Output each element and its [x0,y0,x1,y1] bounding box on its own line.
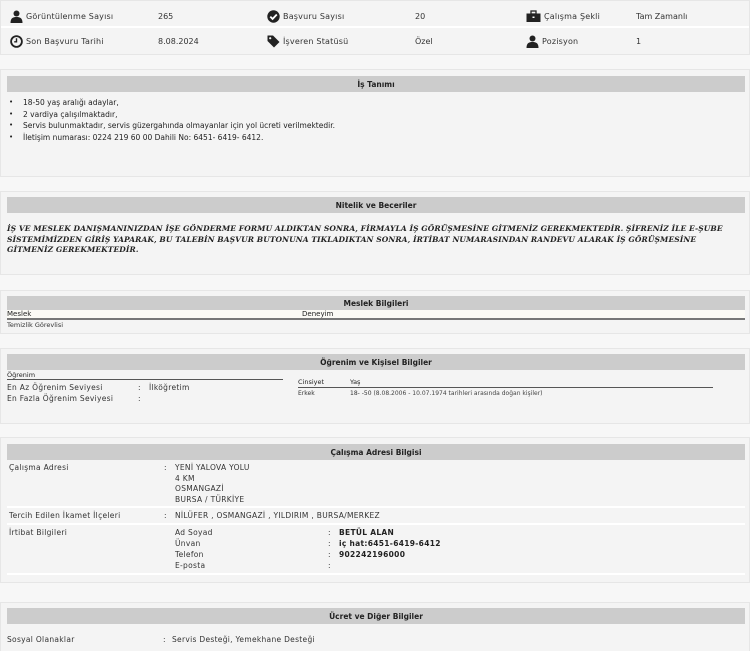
stats-row-1: Görüntülenme Sayısı 265 Başvuru Sayısı 2… [1,4,749,28]
stats-row-2: Son Başvuru Tarihi 8.08.2024 İşveren Sta… [1,29,749,53]
list-item: 2 vardiya çalışılmaktadır, [9,109,335,121]
section-header: Ücret ve Diğer Bilgiler [7,608,745,624]
views-value: 265 [158,4,173,28]
separator: : [164,463,167,472]
age-note: (8.08.2006 - 10.07.1974 tarihleri arasın… [373,390,542,397]
separator: : [328,561,331,570]
work-address-value: YENİ YALOVA YOLU 4 KM OSMANGAZİ BURSA / … [175,463,250,505]
separator: : [163,635,166,644]
separator: : [328,550,331,559]
gender-cell: Erkek [298,390,315,397]
separator: : [138,394,141,403]
separator: : [138,383,141,392]
preferred-districts-label: Tercih Edilen İkamet İlçeleri [9,511,120,520]
job-description-list: 18-50 yaş aralığı adaylar, 2 vardiya çal… [9,97,335,143]
divider [7,506,745,508]
min-education-label: En Az Öğrenim Seviyesi [7,383,103,392]
table-row: Erkek 18- -50 (8.08.2006 - 10.07.1974 ta… [298,390,713,400]
job-description-section: İş Tanımı 18-50 yaş aralığı adaylar, 2 v… [0,69,750,177]
applications-stat: Başvuru Sayısı [267,4,344,28]
contact-title-value: iç hat:6451-6419-6412 [339,539,441,548]
section-header: Meslek Bilgileri [7,296,745,310]
education-subheader: Öğrenim [7,371,283,380]
contact-info-label: İrtibat Bilgileri [9,528,67,537]
work-type-value: Tam Zamanlı [636,4,687,28]
employer-status-value: Özel [415,29,433,53]
column-header-gender: Cinsiyet [298,378,324,386]
contact-phone-value: 902242196000 [339,550,405,559]
employer-status-stat: İşveren Statüsü [267,29,348,53]
occupation-cell: Temizlik Görevlisi [7,321,63,329]
qualifications-text: İŞ VE MESLEK DANIŞMANINIZDAN İŞE GÖNDERM… [7,224,745,256]
table-row: Temizlik Görevlisi [7,321,745,331]
preferred-districts-value: NİLÜFER , OSMANGAZİ , YILDIRIM , BURSA/M… [175,511,380,520]
position-value: 1 [636,29,641,53]
occupation-section: Meslek Bilgileri Meslek Deneyim Temizlik… [0,290,750,334]
separator: : [164,511,167,520]
list-item: Servis bulunmaktadır, servis güzergahınd… [9,120,335,132]
deadline-value: 8.08.2024 [158,29,199,53]
social-benefits-label: Sosyal Olanaklar [7,635,75,644]
divider [7,573,745,575]
job-stats-panel: Görüntülenme Sayısı 265 Başvuru Sayısı 2… [0,0,750,55]
min-education-value: İlköğretim [149,383,190,392]
contact-name-label: Ad Soyad [175,528,213,537]
max-education-label: En Fazla Öğrenim Seviyesi [7,394,113,403]
section-header: Öğrenim ve Kişisel Bilgiler [7,354,745,370]
salary-other-section: Ücret ve Diğer Bilgiler Sosyal Olanaklar… [0,602,750,651]
separator: : [328,539,331,548]
views-stat: Görüntülenme Sayısı [10,4,113,28]
contact-name-value: BETÜL ALAN [339,528,394,537]
address-line: 4 KM [175,474,250,485]
address-line: BURSA / TÜRKİYE [175,495,250,506]
education-personal-section: Öğrenim ve Kişisel Bilgiler Öğrenim En A… [0,348,750,424]
work-address-section: Çalışma Adresi Bilgisi Çalışma Adresi : … [0,437,750,583]
tag-icon [267,35,280,48]
occupation-table-header: Meslek Deneyim [7,310,745,320]
work-address-label: Çalışma Adresi [9,463,69,472]
column-header-age: Yaş [350,378,360,386]
section-header: İş Tanımı [7,76,745,92]
social-benefits-value: Servis Desteği, Yemekhane Desteği [172,635,315,644]
check-circle-icon [267,10,280,23]
address-line: YENİ YALOVA YOLU [175,463,250,474]
personal-table-header: Cinsiyet Yaş [298,378,713,388]
separator: : [328,528,331,537]
column-header-experience: Deneyim [302,310,333,318]
age-range: 18- -50 [350,390,372,397]
position-stat: Pozisyon [526,29,578,53]
column-header-occupation: Meslek [7,310,31,318]
contact-phone-label: Telefon [175,550,204,559]
user-icon [10,10,23,23]
applications-value: 20 [415,4,425,28]
qualifications-section: Nitelik ve Beceriler İŞ VE MESLEK DANIŞM… [0,191,750,275]
address-line: OSMANGAZİ [175,484,250,495]
deadline-stat: Son Başvuru Tarihi [10,29,104,53]
briefcase-icon [526,10,541,23]
clock-icon [10,35,23,48]
divider [7,523,745,525]
user-icon [526,35,539,48]
list-item: 18-50 yaş aralığı adaylar, [9,97,335,109]
work-type-stat: Çalışma Şekli [526,4,600,28]
age-cell: 18- -50 (8.08.2006 - 10.07.1974 tarihler… [350,390,543,397]
contact-email-label: E-posta [175,561,205,570]
contact-title-label: Ünvan [175,539,201,548]
list-item: İletişim numarası: 0224 219 60 00 Dahili… [9,132,335,144]
section-header: Çalışma Adresi Bilgisi [7,444,745,460]
section-header: Nitelik ve Beceriler [7,197,745,213]
